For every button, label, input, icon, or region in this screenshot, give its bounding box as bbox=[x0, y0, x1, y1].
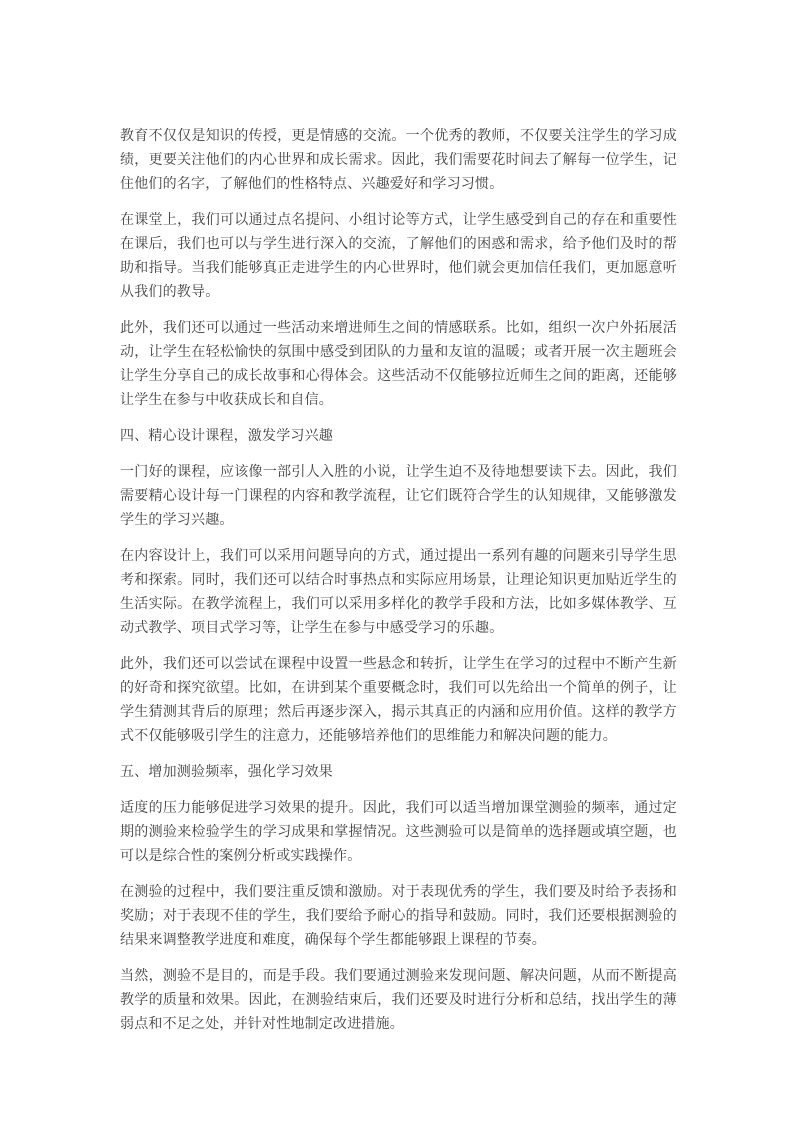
paragraph-teacher-emotion: 教育不仅仅是知识的传授，更是情感的交流。一个优秀的教师，不仅要关注学生的学习成绩… bbox=[120, 123, 677, 195]
section-heading-5: 五、增加测验频率，强化学习效果 bbox=[120, 759, 677, 783]
paragraph-quiz-purpose: 当然，测验不是目的，而是手段。我们要通过测验来发现问题、解决问题，从而不断提高教… bbox=[120, 963, 677, 1035]
paragraph-classroom-interaction: 在课堂上，我们可以通过点名提问、小组讨论等方式，让学生感受到自己的存在和重要性在… bbox=[120, 207, 677, 303]
paragraph-course-design-intro: 一门好的课程，应该像一部引人入胜的小说，让学生迫不及待地想要读下去。因此，我们需… bbox=[120, 459, 677, 531]
paragraph-quiz-feedback: 在测验的过程中，我们要注重反馈和激励。对于表现优秀的学生，我们要及时给予表扬和奖… bbox=[120, 879, 677, 951]
paragraph-quiz-frequency: 适度的压力能够促进学习效果的提升。因此，我们可以适当增加课堂测验的频率，通过定期… bbox=[120, 795, 677, 867]
paragraph-content-design: 在内容设计上，我们可以采用问题导向的方式，通过提出一系列有趣的问题来引导学生思考… bbox=[120, 543, 677, 639]
document-page: 教育不仅仅是知识的传授，更是情感的交流。一个优秀的教师，不仅要关注学生的学习成绩… bbox=[0, 0, 793, 1122]
section-heading-4: 四、精心设计课程，激发学习兴趣 bbox=[120, 423, 677, 447]
document-body: 教育不仅仅是知识的传授，更是情感的交流。一个优秀的教师，不仅要关注学生的学习成绩… bbox=[120, 123, 677, 1047]
paragraph-suspense-teaching: 此外，我们还可以尝试在课程中设置一些悬念和转折，让学生在学习的过程中不断产生新的… bbox=[120, 651, 677, 747]
paragraph-activities-bonding: 此外，我们还可以通过一些活动来增进师生之间的情感联系。比如，组织一次户外拓展活动… bbox=[120, 315, 677, 411]
